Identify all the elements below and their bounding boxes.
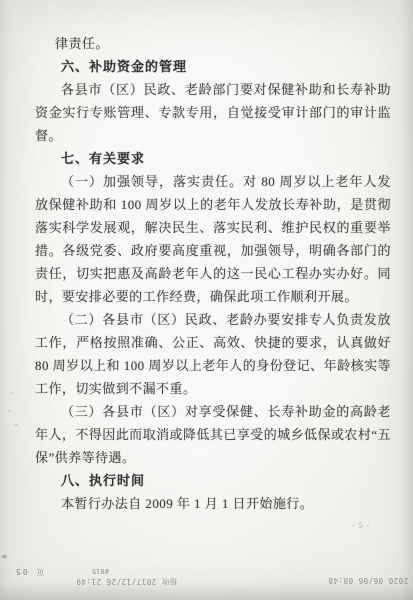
page-number: - 5 - xyxy=(352,521,370,530)
scan-stamp-printed-timestamp: 2020 06/06 08:48 xyxy=(328,576,408,585)
scan-artifact-speck xyxy=(10,392,13,394)
paragraph-requirement-2: （二）各县市（区）民政、老龄办要安排专人负责发放工作，严格按照准确、公正、高效、… xyxy=(35,308,391,400)
scan-artifact-speck xyxy=(8,410,11,412)
fax-stamp-id: #815 xyxy=(92,567,109,575)
scanned-document-page: 律责任。 六、补助资金的管理 各县市（区）民政、老龄部门要对保健补助和长寿补助资… xyxy=(0,0,413,600)
fax-stamp-received-timestamp: 接收 2017/12/26 21:49 xyxy=(76,576,177,587)
scan-artifact-speck xyxy=(2,555,7,558)
paragraph-requirement-3: （三）各县市（区）对享受保健、长寿补助金的高龄老年人，不得因此而取消或降低其已享… xyxy=(35,400,391,469)
document-text-block: 律责任。 六、补助资金的管理 各县市（区）民政、老龄部门要对保健补助和长寿补助资… xyxy=(35,32,391,515)
paragraph-requirement-1: （一）加强领导，落实责任。对 80 周岁以上老年人发放保健补助和 100 周岁以… xyxy=(35,170,391,308)
section-heading-effective-date: 八、执行时间 xyxy=(35,469,391,492)
paragraph-continuation: 律责任。 xyxy=(35,32,391,55)
scan-artifact-speck xyxy=(14,424,18,426)
section-heading-requirements: 七、有关要求 xyxy=(35,147,391,170)
paragraph-effective-date: 本暂行办法自 2009 年 1 月 1 日开始施行。 xyxy=(35,492,391,515)
section-heading-funds-management: 六、补助资金的管理 xyxy=(35,55,391,78)
paragraph-funds-management: 各县市（区）民政、老龄部门要对保健补助和长寿补助资金实行专账管理、专款专用，自觉… xyxy=(35,78,391,147)
fax-stamp-page-count: 页 05 xyxy=(14,566,44,577)
